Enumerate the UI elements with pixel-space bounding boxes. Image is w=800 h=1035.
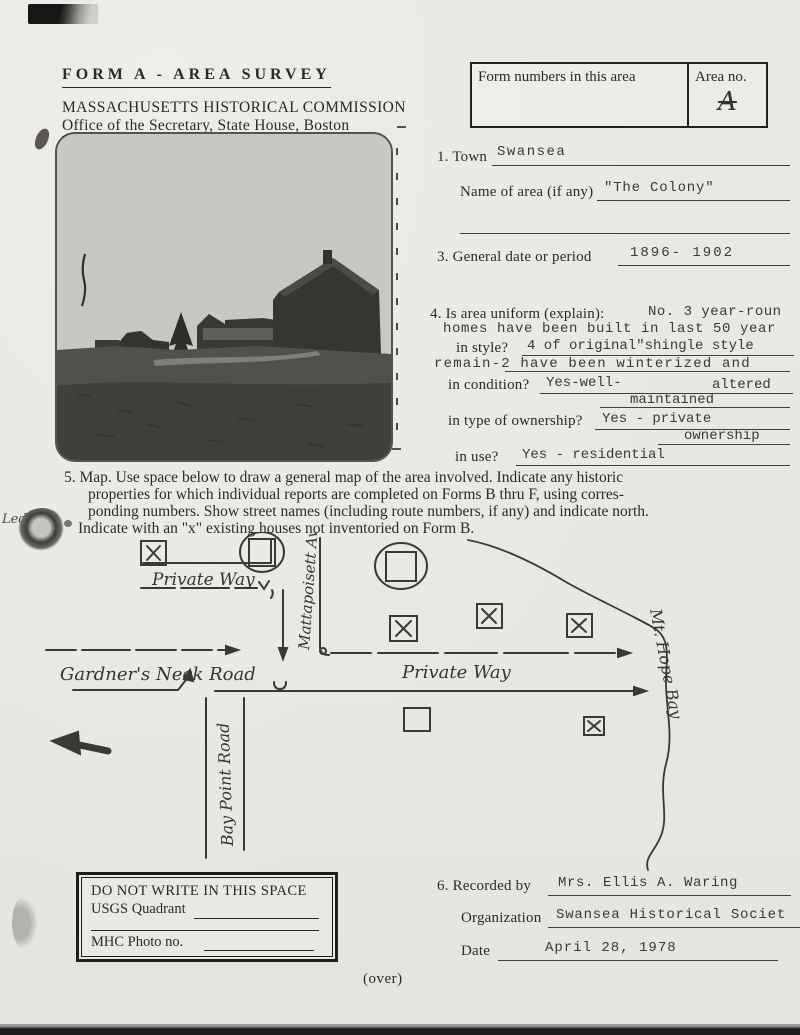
use-value: Yes - residential [522,447,665,463]
recorded-by-value: Mrs. Ellis A. Waring [558,875,738,891]
date-period-value: 1896- 1902 [630,245,734,261]
date-value: April 28, 1978 [545,940,677,956]
recorded-by-field-line [548,895,791,896]
ink-blob-speck [64,520,72,527]
admin-box-title: DO NOT WRITE IN THIS SPACE [91,883,307,900]
house-marker-plain [404,708,430,731]
use-label: in use? [455,449,498,466]
uniform-answer-2: homes have been built in last 50 year [443,321,776,337]
form-numbers-box: Form numbers in this area Area no. A [470,62,768,128]
area-name-value: "The Colony" [604,180,714,196]
area-no-cell: Area no. A [689,64,766,126]
mt-hope-bay-label: Mt. Hope Bay [646,606,686,721]
form-title: FORM A - AREA SURVEY [62,66,331,88]
uniform-answer-1: No. 3 year-roun [648,304,782,320]
x-marker-5 [584,717,604,735]
x-marker-1 [141,541,166,565]
date-period-field-line [618,265,790,266]
style-value: 4 of original"shingle style [527,338,754,354]
style-overflow-line [505,371,790,372]
area-name-field-line [597,200,790,201]
commission-name: MASSACHUSETTS HISTORICAL COMMISSION [62,99,406,117]
blank-field-line [460,233,790,234]
condition-overflow: maintained [630,392,714,408]
use-field-line [516,465,790,466]
arrowhead-east-3 [634,687,646,695]
x-marker-4 [567,614,592,637]
scan-artifact-dash-bottom [392,448,401,450]
usgs-field-line [194,918,319,919]
private-way-top-line [143,540,271,563]
condition-value: Yes-well- [546,375,622,391]
arrowhead-east-2 [226,646,238,654]
date-label: Date [461,943,490,960]
ownership-overflow: ownership [684,428,760,444]
x-marker-2 [390,616,417,641]
admin-mid-line [91,930,319,931]
private-way-main-label: Private Way [401,662,512,683]
scan-artifact-bottom-bar [0,1024,800,1035]
ditto-mark [274,682,286,689]
ownership-value: Yes - private [602,411,711,427]
area-photograph [55,132,393,462]
private-way-top-label: Private Way [151,570,255,590]
condition-label: in condition? [448,377,529,394]
map-instructions-line2: properties for which individual reports … [88,486,624,504]
town-label: 1. Town [437,149,487,166]
pen-loop [320,648,326,654]
recorded-by-label: 6. Recorded by [437,878,531,895]
arrowhead-east [618,649,630,657]
scan-artifact-left-curve [12,896,38,950]
scan-artifact-top-bar [28,4,98,24]
condition-overflow-line [600,407,790,408]
map-instructions-line3: ponding numbers. Show street names (incl… [88,503,649,521]
form-numbers-label: Form numbers in this area [472,64,689,126]
town-field-line [492,165,790,166]
area-no-label: Area no. [695,69,747,85]
gardners-neck-road-label: Gardner's Neck Road [60,664,256,685]
condition-extra: altered [712,377,771,393]
organization-field-line [548,927,800,928]
ownership-label: in type of ownership? [448,413,583,430]
mattapoisett-ave-line [320,538,329,655]
area-name-label: Name of area (if any) [460,184,593,201]
hand-drawn-map: Private Way Mattapoisett Ave. Gardner's … [0,532,800,872]
column-separator-dashes [396,148,398,442]
bay-point-road-label: Bay Point Road [214,722,237,847]
inventoried-house-marker-1 [240,532,284,572]
coastline [468,540,670,870]
direction-arrow-head [52,732,80,754]
inventoried-house-marker-2 [375,543,427,589]
photo-scene [57,134,391,460]
area-no-value: A [695,87,760,117]
date-field-line [498,960,778,961]
usgs-quadrant-label: USGS Quadrant [91,901,186,918]
mhc-photo-label: MHC Photo no. [91,934,183,951]
organization-label: Organization [461,910,541,927]
scan-artifact-blob-left [32,127,52,152]
style-label: in style? [456,340,508,357]
x-marker-3 [477,604,502,628]
pen-mark [259,581,273,598]
mattapoisett-ave-label: Mattapoisett Ave. [295,532,322,651]
style-overflow: remain-2 have been winterized and [434,356,751,372]
mhc-field-line [204,950,314,951]
organization-value: Swansea Historical Societ [556,907,786,923]
scan-artifact-dash-top [397,126,406,128]
admin-only-box-inner: DO NOT WRITE IN THIS SPACE USGS Quadrant… [81,877,333,957]
map-instructions-line1: 5. Map. Use space below to draw a genera… [64,469,623,487]
admin-only-box: DO NOT WRITE IN THIS SPACE USGS Quadrant… [76,872,338,962]
over-label: (over) [363,971,403,988]
chimney [323,250,332,264]
date-period-label: 3. General date or period [437,249,592,266]
ownership-overflow-line [658,444,790,445]
margin-note: Led [2,512,27,527]
scanned-form-page: { "header": { "form_title": "FORM A - AR… [0,0,800,1035]
town-value: Swansea [497,144,566,160]
arrowhead-down [279,648,287,659]
photo-field-dark [57,382,391,460]
